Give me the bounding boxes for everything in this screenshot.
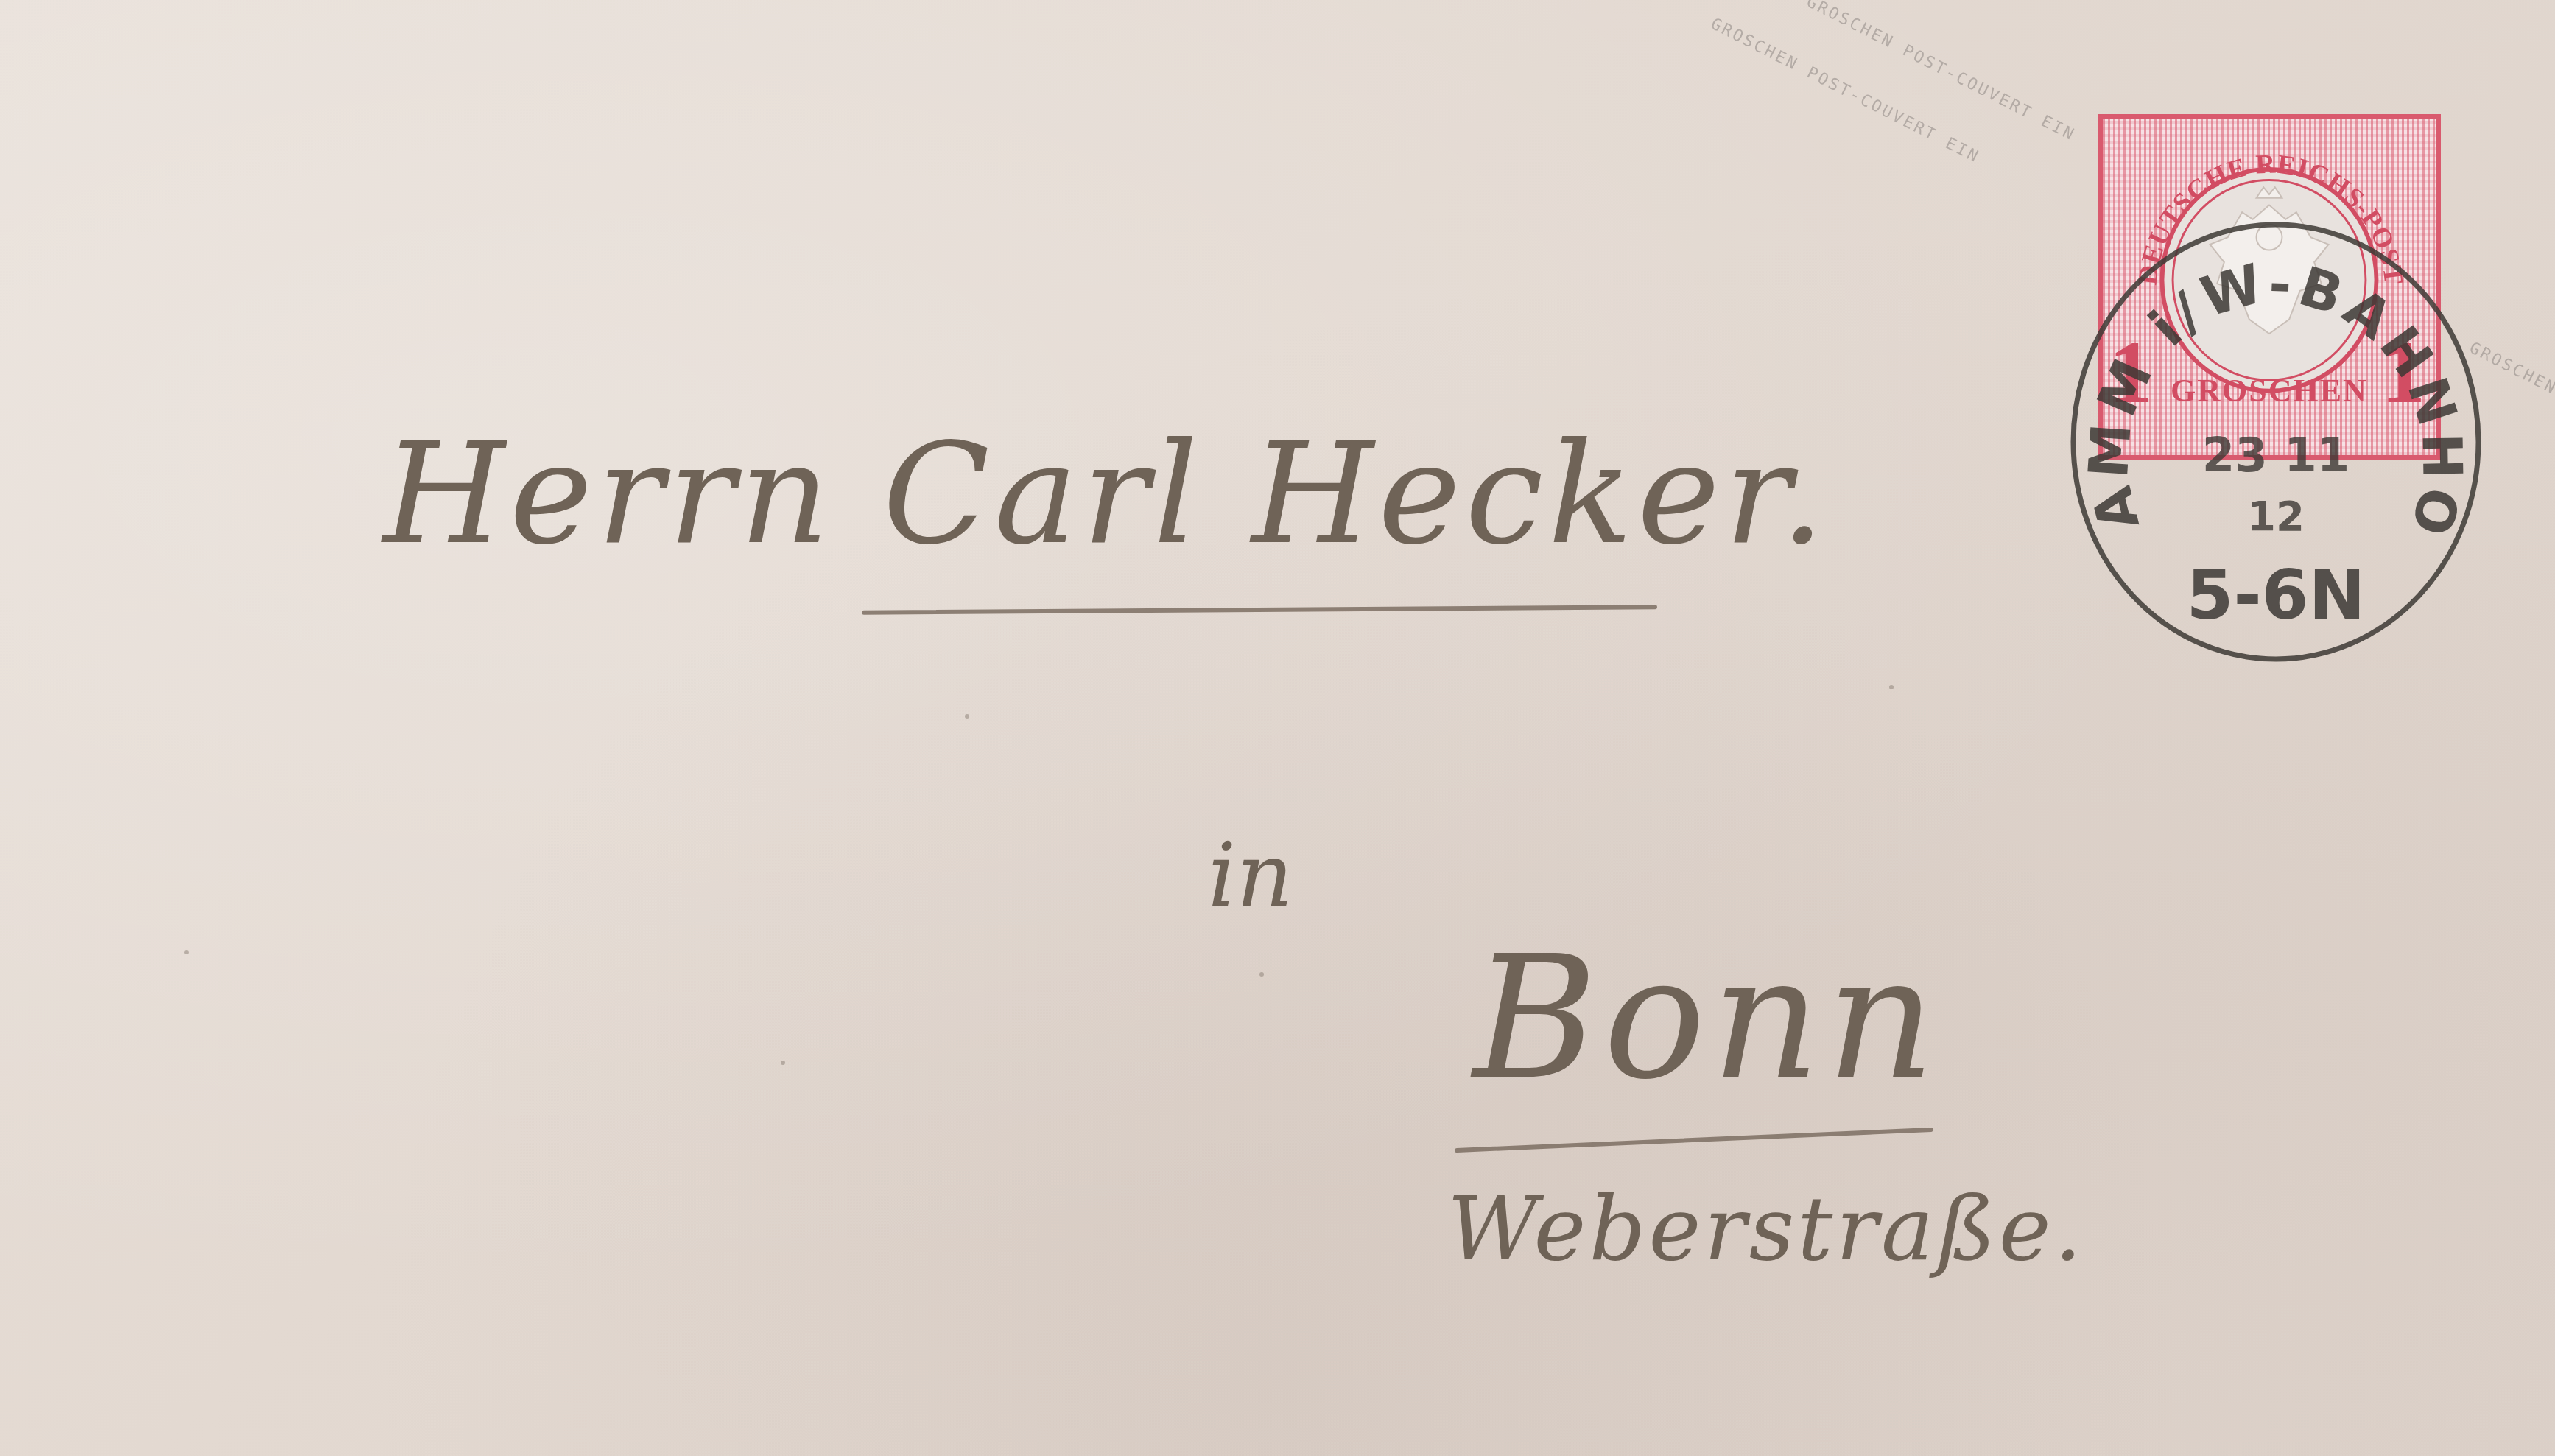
address-street: Weberstraße. bbox=[1447, 1178, 2085, 1281]
postmark-graphic: HAMM i/W-BAHNHOF 23 11 12 5-6N bbox=[2033, 221, 2512, 678]
paper-speck bbox=[781, 1061, 785, 1065]
address-preposition: in bbox=[1208, 825, 1293, 927]
recipient-underline bbox=[862, 605, 1657, 615]
paper-speck bbox=[1889, 685, 1894, 689]
overprint-line-1: GROSCHEN POST-COUVERT EIN bbox=[1804, 0, 2078, 145]
paper-speck bbox=[1259, 972, 1264, 977]
postmark-date: 23 11 bbox=[2202, 429, 2350, 483]
overprint-line-2: GROSCHEN POST-COUVERT EIN bbox=[1708, 15, 1983, 167]
paper-speck bbox=[965, 714, 969, 719]
paper-speck bbox=[184, 950, 189, 954]
postmark: HAMM i/W-BAHNHOF 23 11 12 5-6N bbox=[2033, 221, 2512, 678]
city-underline bbox=[1455, 1128, 1933, 1153]
address-city: Bonn bbox=[1473, 921, 1941, 1117]
postmark-time: 5-6N bbox=[2186, 556, 2365, 635]
envelope: GROSCHEN POST-COUVERT EIN GROSCHEN POST-… bbox=[0, 0, 2555, 1456]
address-recipient: Herrn Carl Hecker. bbox=[383, 412, 1830, 575]
postmark-year: 12 bbox=[2247, 493, 2305, 541]
